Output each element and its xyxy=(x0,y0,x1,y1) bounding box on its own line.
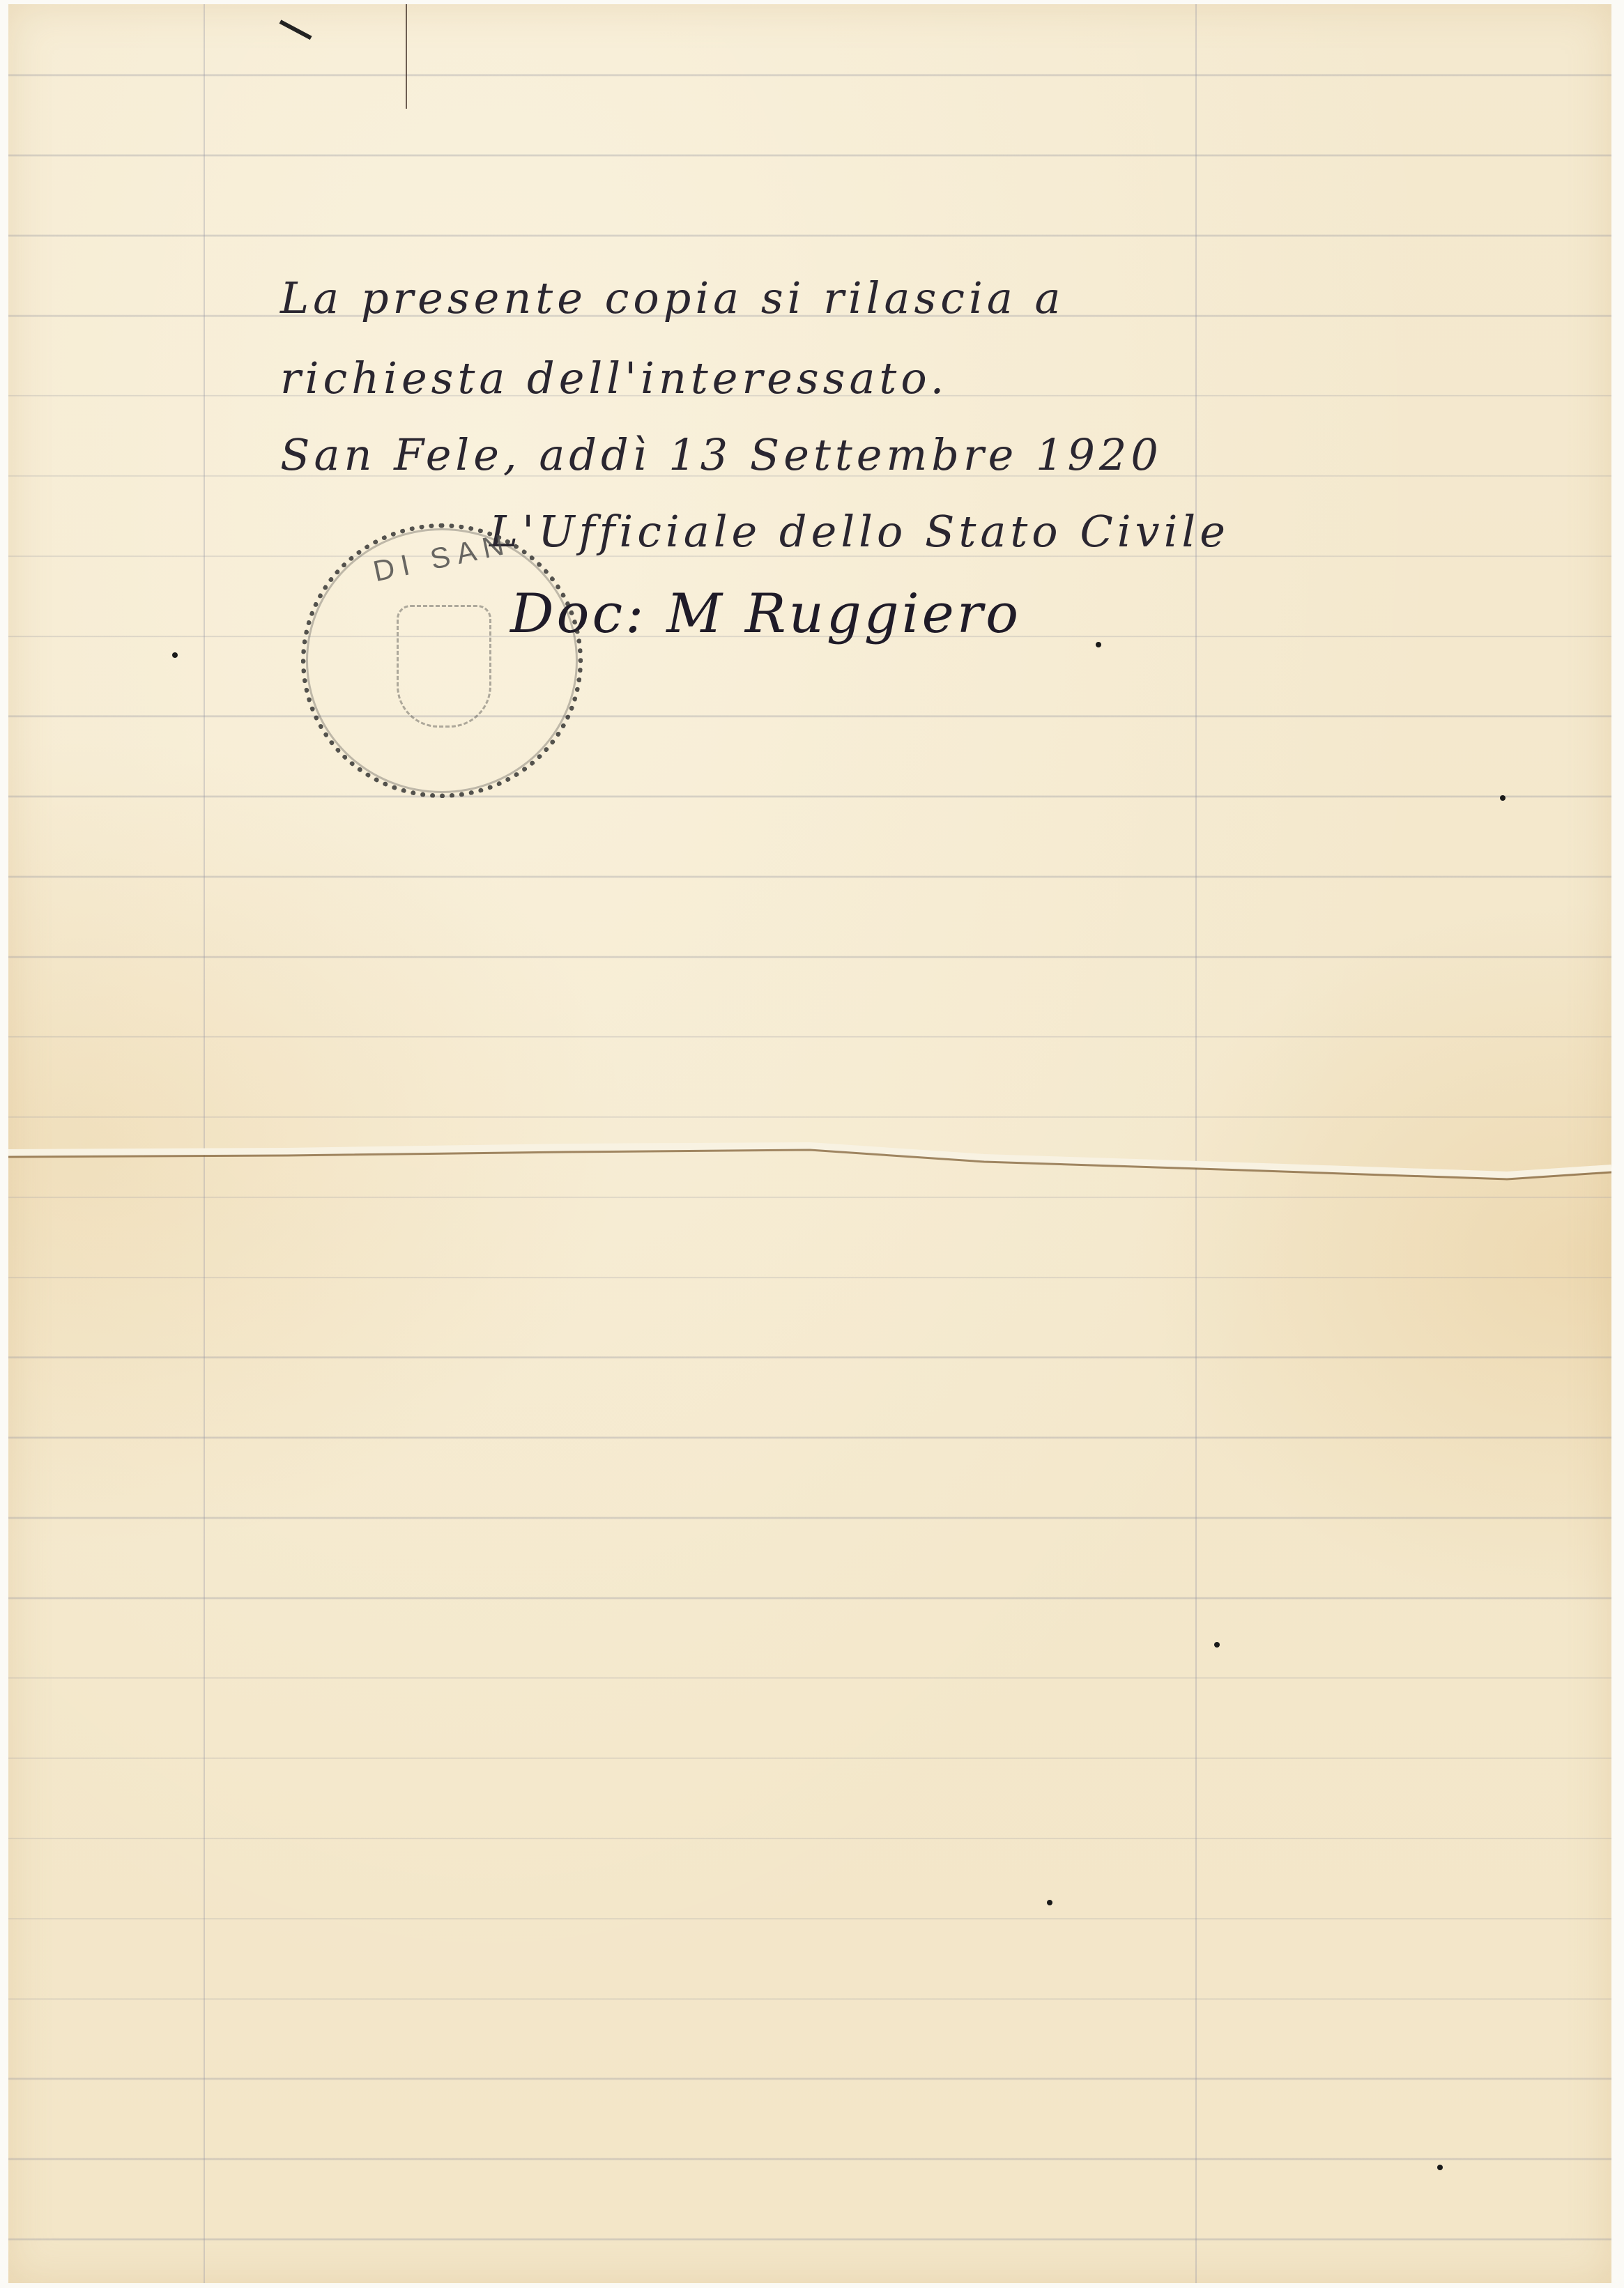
official-stamp: DI SAN xyxy=(301,523,583,798)
fold-tear xyxy=(8,1140,1611,1182)
text-line-1: La presente copia si rilascia a xyxy=(280,272,1064,323)
text-line-2: richiesta dell'interessato. xyxy=(280,353,948,404)
ink-speck xyxy=(172,652,178,658)
coat-of-arms-icon xyxy=(397,605,491,728)
signature: Doc: M Ruggiero xyxy=(510,583,1021,645)
document-page: La presente copia si rilascia a richiest… xyxy=(8,4,1611,2283)
ink-speck xyxy=(1437,2165,1443,2170)
top-crease xyxy=(406,4,407,109)
text-line-3-place-date: San Fele, addì 13 Settembre 1920 xyxy=(280,429,1163,480)
text-line-4-title: L'Ufficiale dello Stato Civile xyxy=(489,506,1230,557)
ink-speck xyxy=(1096,642,1101,647)
ink-speck xyxy=(1047,1900,1052,1905)
ink-speck xyxy=(1214,1642,1220,1648)
stamp-text: DI SAN xyxy=(370,527,514,589)
ink-speck xyxy=(1500,795,1506,801)
